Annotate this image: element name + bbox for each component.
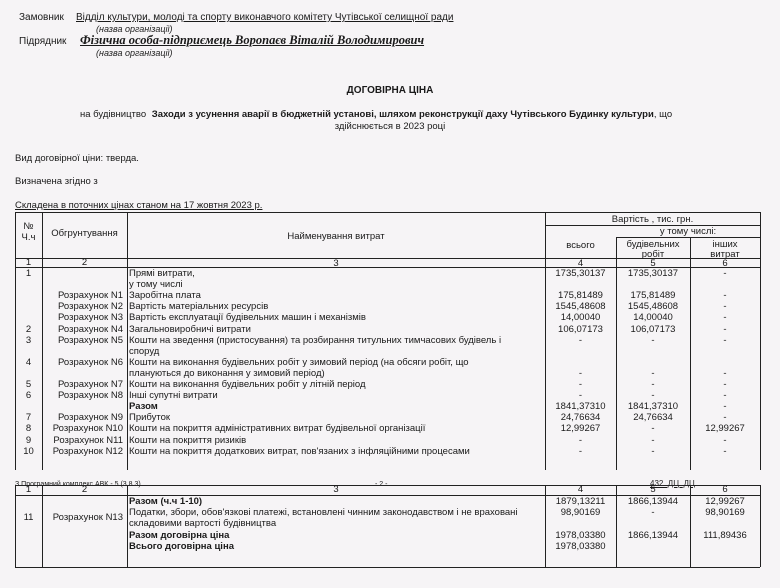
row-no: 7 bbox=[15, 412, 42, 423]
header-basis: Обгрунтування bbox=[42, 228, 127, 239]
row-construction: 1735,30137 bbox=[616, 268, 690, 279]
row-name: у тому числі bbox=[129, 279, 545, 290]
table-rule bbox=[15, 567, 760, 568]
row-basis: Розрахунок N9 bbox=[42, 412, 123, 423]
table-rule bbox=[760, 485, 761, 567]
row-construction: - bbox=[616, 368, 690, 379]
table-rule bbox=[15, 485, 16, 567]
row-total: 14,00040 bbox=[545, 312, 616, 323]
row-name: Кошти на покриття додаткових витрат, пов… bbox=[129, 446, 545, 457]
row-other: - bbox=[690, 301, 760, 312]
price-type: Вид договірної ціни: тверда. bbox=[15, 153, 139, 164]
row-name: Прямі витрати, bbox=[129, 268, 545, 279]
row-other: - bbox=[690, 368, 760, 379]
row-name: Вартість матеріальних ресурсів bbox=[129, 301, 545, 312]
row-no: 6 bbox=[15, 390, 42, 401]
row-construction: - bbox=[616, 446, 690, 457]
customer-name: Відділ культури, молоді та спорту викона… bbox=[76, 12, 453, 23]
header-name: Найменування витрат bbox=[127, 231, 545, 242]
table-rule bbox=[760, 212, 761, 470]
table-rule bbox=[616, 237, 760, 238]
row-other: 111,89436 bbox=[690, 530, 760, 541]
column-number: 2 bbox=[42, 257, 127, 268]
row-total: - bbox=[545, 379, 616, 390]
row-total: - bbox=[545, 390, 616, 401]
column-number: 1 bbox=[15, 257, 42, 268]
header-no: № bbox=[15, 221, 42, 232]
row-total: 1841,37310 bbox=[545, 401, 616, 412]
row-basis: Розрахунок N12 bbox=[42, 446, 123, 457]
row-other: - bbox=[690, 324, 760, 335]
row-no: 4 bbox=[15, 357, 42, 368]
column-number: 6 bbox=[690, 484, 760, 495]
row-name: Заробітна плата bbox=[129, 290, 545, 301]
row-name: Вартість експлуатації будівельних машин … bbox=[129, 312, 545, 323]
column-number: 3 bbox=[127, 484, 545, 495]
row-other: 98,90169 bbox=[690, 507, 760, 518]
construction-year: здійснюється в 2023 році bbox=[0, 121, 780, 132]
row-construction: 1866,13944 bbox=[616, 496, 690, 507]
row-total: 1879,13211 bbox=[545, 496, 616, 507]
row-construction: - bbox=[616, 507, 690, 518]
row-other: 12,99267 bbox=[690, 423, 760, 434]
row-basis: Розрахунок N8 bbox=[42, 390, 123, 401]
row-total: 1978,03380 bbox=[545, 530, 616, 541]
row-other: - bbox=[690, 401, 760, 412]
row-other: - bbox=[690, 290, 760, 301]
table-rule bbox=[42, 485, 43, 567]
row-basis: Розрахунок N3 bbox=[42, 312, 123, 323]
row-basis: Розрахунок N4 bbox=[42, 324, 123, 335]
row-total: - bbox=[545, 335, 616, 346]
row-construction: - bbox=[616, 390, 690, 401]
row-basis: Розрахунок N1 bbox=[42, 290, 123, 301]
row-name: плануються до виконання у зимовий період… bbox=[129, 368, 545, 379]
row-other: - bbox=[690, 435, 760, 446]
construction-prefix: на будівництво bbox=[80, 109, 146, 120]
row-total: 98,90169 bbox=[545, 507, 616, 518]
row-name: Податки, збори, обов'язкові платежі, вст… bbox=[129, 507, 545, 518]
row-construction: 24,76634 bbox=[616, 412, 690, 423]
row-total: 1735,30137 bbox=[545, 268, 616, 279]
row-other: - bbox=[690, 312, 760, 323]
row-no: 9 bbox=[15, 435, 42, 446]
row-name: Всього договірна ціна bbox=[129, 541, 545, 552]
customer-label: Замовник bbox=[19, 12, 64, 23]
row-name: Разом bbox=[129, 401, 545, 412]
row-name: Прибуток bbox=[129, 412, 545, 423]
row-total: 1545,48608 bbox=[545, 301, 616, 312]
row-construction: - bbox=[616, 379, 690, 390]
row-name: Кошти на зведення (пристосування) та роз… bbox=[129, 335, 545, 346]
row-total: 175,81489 bbox=[545, 290, 616, 301]
construction-name: Заходи з усунення аварії в бюджетній уст… bbox=[152, 109, 654, 120]
header-including: у тому числі: bbox=[616, 226, 760, 237]
column-number: 4 bbox=[545, 484, 616, 495]
row-other: - bbox=[690, 335, 760, 346]
row-no: 3 bbox=[15, 335, 42, 346]
header-total: всього bbox=[545, 240, 616, 251]
row-basis: Розрахунок N10 bbox=[42, 423, 123, 434]
row-other: - bbox=[690, 412, 760, 423]
row-other: - bbox=[690, 446, 760, 457]
contractor-name: Фізична особа-підприємець Воропаєв Вітал… bbox=[80, 33, 424, 48]
row-total: 1978,03380 bbox=[545, 541, 616, 552]
header-cost: Вартість , тис. грн. bbox=[545, 214, 760, 225]
row-construction: 1841,37310 bbox=[616, 401, 690, 412]
row-name: Кошти на виконання будівельних робіт у з… bbox=[129, 357, 545, 368]
row-no: 1 bbox=[15, 268, 42, 279]
document-title: ДОГОВІРНА ЦІНА bbox=[0, 85, 780, 96]
row-total: - bbox=[545, 435, 616, 446]
row-name: Разом (ч.ч 1-10) bbox=[129, 496, 545, 507]
row-name: складовими вартості будівництва bbox=[129, 518, 545, 529]
row-other: - bbox=[690, 379, 760, 390]
row-name: споруд bbox=[129, 346, 545, 357]
prices-as-of: Складена в поточних цінах станом на 17 ж… bbox=[15, 200, 262, 211]
row-total: - bbox=[545, 446, 616, 457]
row-other: 12,99267 bbox=[690, 496, 760, 507]
row-name: Разом договірна ціна bbox=[129, 530, 545, 541]
row-name: Кошти на покриття адміністративних витра… bbox=[129, 423, 545, 434]
column-number: 1 bbox=[15, 484, 42, 495]
row-construction: 1545,48608 bbox=[616, 301, 690, 312]
row-construction: 175,81489 bbox=[616, 290, 690, 301]
row-total: 12,99267 bbox=[545, 423, 616, 434]
row-no: 11 bbox=[15, 512, 42, 523]
row-no: 5 bbox=[15, 379, 42, 390]
row-other: - bbox=[690, 268, 760, 279]
row-total: 24,76634 bbox=[545, 412, 616, 423]
row-construction: 1866,13944 bbox=[616, 530, 690, 541]
row-basis: Розрахунок N11 bbox=[42, 435, 123, 446]
determined-by: Визначена згідно з bbox=[15, 176, 98, 187]
row-total: 106,07173 bbox=[545, 324, 616, 335]
row-construction: - bbox=[616, 335, 690, 346]
table-rule bbox=[127, 212, 128, 470]
header-no: Ч.ч bbox=[15, 232, 42, 243]
construction-line: на будівництво Заходи з усунення аварії … bbox=[80, 109, 672, 120]
row-construction: 14,00040 bbox=[616, 312, 690, 323]
row-no: 10 bbox=[15, 446, 42, 457]
contractor-label: Підрядник bbox=[19, 36, 66, 47]
row-name: Кошти на виконання будівельних робіт у л… bbox=[129, 379, 545, 390]
row-construction: - bbox=[616, 435, 690, 446]
row-construction: - bbox=[616, 423, 690, 434]
contractor-hint: (назва організації) bbox=[96, 48, 172, 58]
table-rule bbox=[127, 485, 128, 567]
row-construction: 106,07173 bbox=[616, 324, 690, 335]
row-basis: Розрахунок N2 bbox=[42, 301, 123, 312]
construction-suffix: , що bbox=[654, 109, 672, 120]
row-no: 8 bbox=[15, 423, 42, 434]
row-basis: Розрахунок N7 bbox=[42, 379, 123, 390]
column-number: 5 bbox=[616, 484, 690, 495]
row-name: Загальновиробничі витрати bbox=[129, 324, 545, 335]
row-total: - bbox=[545, 368, 616, 379]
row-other: - bbox=[690, 390, 760, 401]
row-basis: Розрахунок N6 bbox=[42, 357, 123, 368]
row-basis: Розрахунок N5 bbox=[42, 335, 123, 346]
row-basis: Розрахунок N13 bbox=[42, 512, 123, 523]
column-number: 2 bbox=[42, 484, 127, 495]
row-no: 2 bbox=[15, 324, 42, 335]
row-name: Інші супутні витрати bbox=[129, 390, 545, 401]
row-name: Кошти на покриття ризиків bbox=[129, 435, 545, 446]
